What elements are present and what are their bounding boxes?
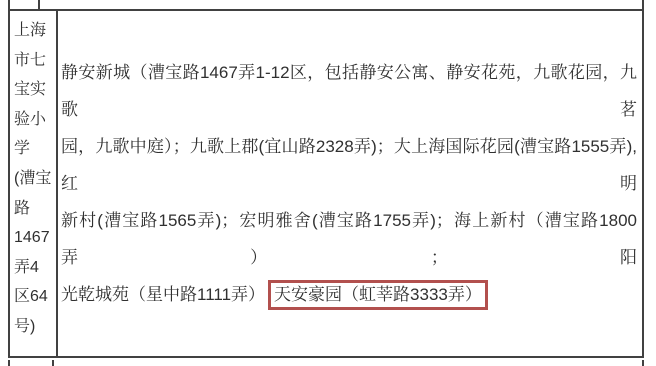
school-name-line: 号) [14,312,56,342]
district-list-text: 光乾城苑（星中路1111弄） [61,285,265,304]
school-name-line: 路 [14,194,56,224]
table-row-partial-bottom [8,360,644,366]
school-name-line: 市七 [14,46,56,76]
school-name-cell: 上海 市七 宝实 验小 学 (漕宝 路 1467 弄4 区64 号) [10,11,58,356]
school-name-line: 1467 [14,223,56,253]
school-name-line: 验小 [14,105,56,135]
district-list-line: 新村(漕宝路1565弄)；宏明雅舍(漕宝路1755弄)；海上新村（漕宝路1800… [61,202,637,276]
school-name-line: (漕宝 [14,164,56,194]
district-list-line: 光乾城苑（星中路1111弄）天安豪园（虹莘路3333弄） [61,276,637,313]
admission-zone-table: 上海 市七 宝实 验小 学 (漕宝 路 1467 弄4 区64 号) 静安新城（… [8,0,644,366]
table-border-divider [52,360,54,366]
school-name-line: 区64 [14,282,56,312]
district-list-line: 静安新城（漕宝路1467弄1-12区，包括静安公寓、静安花苑，九歌花园，九歌茗 [61,54,637,128]
school-name-line: 上海 [14,16,56,46]
school-name-line: 宝实 [14,75,56,105]
document-screenshot: 上海 市七 宝实 验小 学 (漕宝 路 1467 弄4 区64 号) 静安新城（… [0,0,656,366]
table-border-divider [38,0,40,9]
district-list-line: 园，九歌中庭）；九歌上郡(宜山路2328弄)；大上海国际花园(漕宝路1555弄)… [61,128,637,202]
district-list-paragraph: 静安新城（漕宝路1467弄1-12区，包括静安公寓、静安花苑，九歌花园，九歌茗 … [61,54,637,313]
district-list-cell: 静安新城（漕宝路1467弄1-12区，包括静安公寓、静安花苑，九歌花园，九歌茗 … [54,11,642,356]
table-row-school: 上海 市七 宝实 验小 学 (漕宝 路 1467 弄4 区64 号) 静安新城（… [8,11,644,358]
table-row-partial-top [8,0,644,11]
school-name-line: 弄4 [14,253,56,283]
highlight-box-tianan-haoyuan: 天安豪园（虹莘路3333弄） [268,280,488,310]
school-name-line: 学 [14,134,56,164]
